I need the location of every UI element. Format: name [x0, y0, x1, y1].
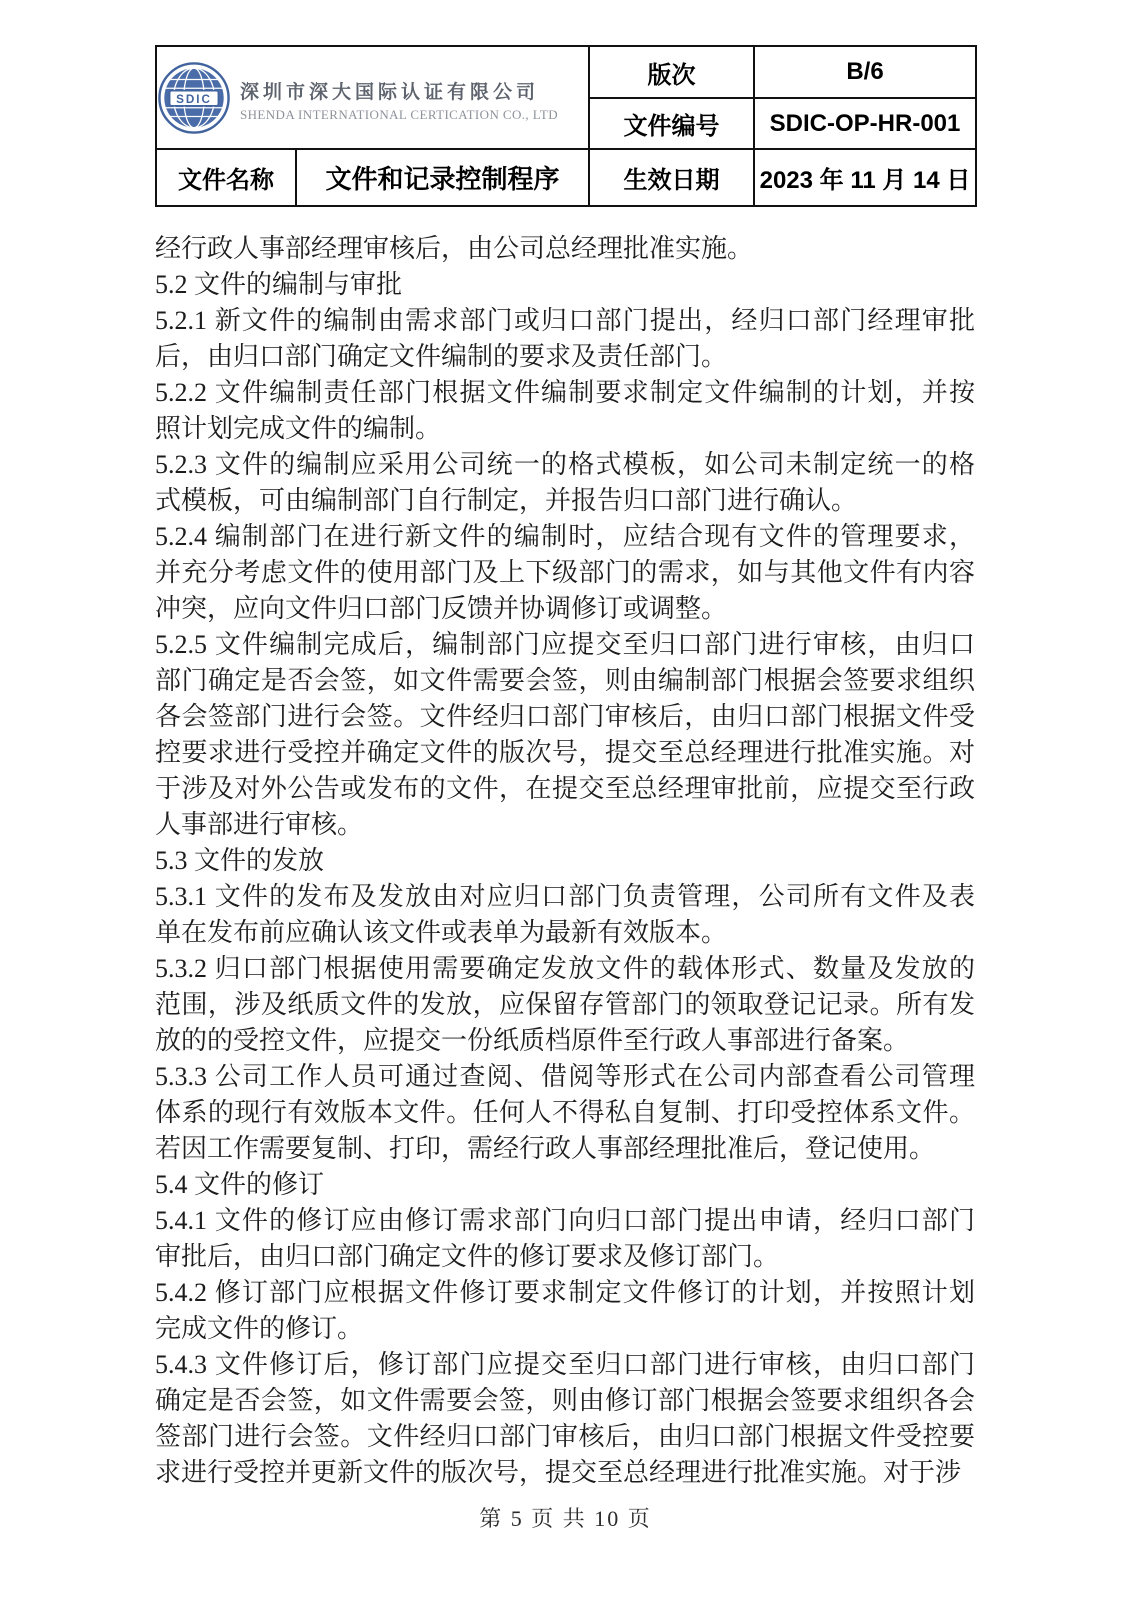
text-line: 5.3.2 归口部门根据使用需要确定发放文件的载体形式、数量及发放的: [155, 951, 975, 987]
effective-date-value: 2023 年 11 月 14 日: [754, 149, 976, 206]
effective-date-label: 生效日期: [589, 149, 754, 206]
text-line: 冲突，应向文件归口部门反馈并协调修订或调整。: [155, 591, 975, 627]
text-line: 经行政人事部经理审核后，由公司总经理批准实施。: [155, 231, 975, 267]
page-number-indicator: 第 5 页 共 10 页: [0, 1502, 1131, 1533]
paragraph: 5.4.2 修订部门应根据文件修订要求制定文件修订的计划，并按照计划完成文件的修…: [155, 1275, 975, 1347]
company-logo-text: SDIC: [176, 92, 212, 105]
paragraph: 5.3.2 归口部门根据使用需要确定发放文件的载体形式、数量及发放的范围，涉及纸…: [155, 951, 975, 1059]
document-body: 经行政人事部经理审核后，由公司总经理批准实施。5.2 文件的编制与审批5.2.1…: [155, 231, 975, 1491]
doc-number-value: SDIC-OP-HR-001: [754, 98, 976, 149]
text-line: 各会签部门进行会签。文件经归口部门审核后，由归口部门根据文件受: [155, 699, 975, 735]
text-line: 5.3.1 文件的发布及发放由对应归口部门负责管理，公司所有文件及表: [155, 879, 975, 915]
text-line: 若因工作需要复制、打印，需经行政人事部经理批准后，登记使用。: [155, 1131, 975, 1167]
company-names: 深圳市深大国际认证有限公司 SHENDA INTERNATIONAL CERTI…: [240, 77, 558, 123]
text-line: 5.4.1 文件的修订应由修订需求部门向归口部门提出申请，经归口部门: [155, 1203, 975, 1239]
text-line: 放的的受控文件，应提交一份纸质档原件至行政人事部进行备案。: [155, 1023, 975, 1059]
text-line: 5.2.4 编制部门在进行新文件的编制时，应结合现有文件的管理要求，: [155, 519, 975, 555]
paragraph: 5.2.2 文件编制责任部门根据文件编制要求制定文件编制的计划，并按照计划完成文…: [155, 375, 975, 447]
text-line: 5.2.1 新文件的编制由需求部门或归口部门提出，经归口部门经理审批: [155, 303, 975, 339]
doc-name-value: 文件和记录控制程序: [296, 149, 589, 206]
company-brand: SDIC 深圳市深大国际认证有限公司 SHENDA INTERNATIONAL …: [157, 61, 588, 135]
text-line: 5.2.3 文件的编制应采用公司统一的格式模板，如公司未制定统一的格: [155, 447, 975, 483]
text-line: 照计划完成文件的编制。: [155, 411, 975, 447]
company-logo-cell: SDIC 深圳市深大国际认证有限公司 SHENDA INTERNATIONAL …: [156, 46, 589, 149]
paragraph: 5.2.5 文件编制完成后，编制部门应提交至归口部门进行审核，由归口部门确定是否…: [155, 627, 975, 843]
paragraph: 5.2.3 文件的编制应采用公司统一的格式模板，如公司未制定统一的格式模板，可由…: [155, 447, 975, 519]
document-content: SDIC 深圳市深大国际认证有限公司 SHENDA INTERNATIONAL …: [155, 45, 975, 1491]
text-line: 求进行受控并更新文件的版次号，提交至总经理进行批准实施。对于涉: [155, 1455, 975, 1491]
text-line: 5.4 文件的修订: [155, 1167, 975, 1203]
text-line: 5.4.2 修订部门应根据文件修订要求制定文件修订的计划，并按照计划: [155, 1275, 975, 1311]
text-line: 于涉及对外公告或发布的文件，在提交至总经理审批前，应提交至行政: [155, 771, 975, 807]
text-line: 5.2.2 文件编制责任部门根据文件编制要求制定文件编制的计划，并按: [155, 375, 975, 411]
document-page: SDIC 深圳市深大国际认证有限公司 SHENDA INTERNATIONAL …: [0, 0, 1131, 1600]
paragraph: 5.4.1 文件的修订应由修订需求部门向归口部门提出申请，经归口部门审批后，由归…: [155, 1203, 975, 1275]
text-line: 并充分考虑文件的使用部门及上下级部门的需求，如与其他文件有内容: [155, 555, 975, 591]
paragraph: 5.4 文件的修订: [155, 1167, 975, 1203]
version-value: B/6: [754, 46, 976, 98]
paragraph: 5.2.1 新文件的编制由需求部门或归口部门提出，经归口部门经理审批后，由归口部…: [155, 303, 975, 375]
company-name-cn: 深圳市深大国际认证有限公司: [240, 77, 558, 104]
paragraph: 5.3.3 公司工作人员可通过查阅、借阅等形式在公司内部查看公司管理体系的现行有…: [155, 1059, 975, 1167]
document-header-table: SDIC 深圳市深大国际认证有限公司 SHENDA INTERNATIONAL …: [155, 45, 977, 207]
text-line: 5.2.5 文件编制完成后，编制部门应提交至归口部门进行审核，由归口: [155, 627, 975, 663]
text-line: 5.2 文件的编制与审批: [155, 267, 975, 303]
text-line: 式模板，可由编制部门自行制定，并报告归口部门进行确认。: [155, 483, 975, 519]
company-name-en: SHENDA INTERNATIONAL CERTICATION CO., LT…: [240, 107, 558, 123]
text-line: 控要求进行受控并确定文件的版次号，提交至总经理进行批准实施。对: [155, 735, 975, 771]
text-line: 单在发布前应确认该文件或表单为最新有效版本。: [155, 915, 975, 951]
text-line: 5.3.3 公司工作人员可通过查阅、借阅等形式在公司内部查看公司管理: [155, 1059, 975, 1095]
text-line: 完成文件的修订。: [155, 1311, 975, 1347]
text-line: 部门确定是否会签，如文件需要会签，则由编制部门根据会签要求组织: [155, 663, 975, 699]
paragraph: 经行政人事部经理审核后，由公司总经理批准实施。: [155, 231, 975, 267]
text-line: 审批后，由归口部门确定文件的修订要求及修订部门。: [155, 1239, 975, 1275]
paragraph: 5.3.1 文件的发布及发放由对应归口部门负责管理，公司所有文件及表单在发布前应…: [155, 879, 975, 951]
doc-name-label: 文件名称: [156, 149, 296, 206]
text-line: 人事部进行审核。: [155, 807, 975, 843]
doc-number-label: 文件编号: [589, 98, 754, 149]
paragraph: 5.3 文件的发放: [155, 843, 975, 879]
text-line: 5.4.3 文件修订后，修订部门应提交至归口部门进行审核，由归口部门: [155, 1347, 975, 1383]
text-line: 范围，涉及纸质文件的发放，应保留存管部门的领取登记记录。所有发: [155, 987, 975, 1023]
text-line: 签部门进行会签。文件经归口部门审核后，由归口部门根据文件受控要: [155, 1419, 975, 1455]
paragraph: 5.4.3 文件修订后，修订部门应提交至归口部门进行审核，由归口部门确定是否会签…: [155, 1347, 975, 1491]
paragraph: 5.2.4 编制部门在进行新文件的编制时，应结合现有文件的管理要求，并充分考虑文…: [155, 519, 975, 627]
text-line: 确定是否会签，如文件需要会签，则由修订部门根据会签要求组织各会: [155, 1383, 975, 1419]
company-logo-globe-icon: SDIC: [157, 61, 231, 135]
paragraph: 5.2 文件的编制与审批: [155, 267, 975, 303]
text-line: 体系的现行有效版本文件。任何人不得私自复制、打印受控体系文件。: [155, 1095, 975, 1131]
version-label: 版次: [589, 46, 754, 98]
text-line: 后，由归口部门确定文件编制的要求及责任部门。: [155, 339, 975, 375]
text-line: 5.3 文件的发放: [155, 843, 975, 879]
